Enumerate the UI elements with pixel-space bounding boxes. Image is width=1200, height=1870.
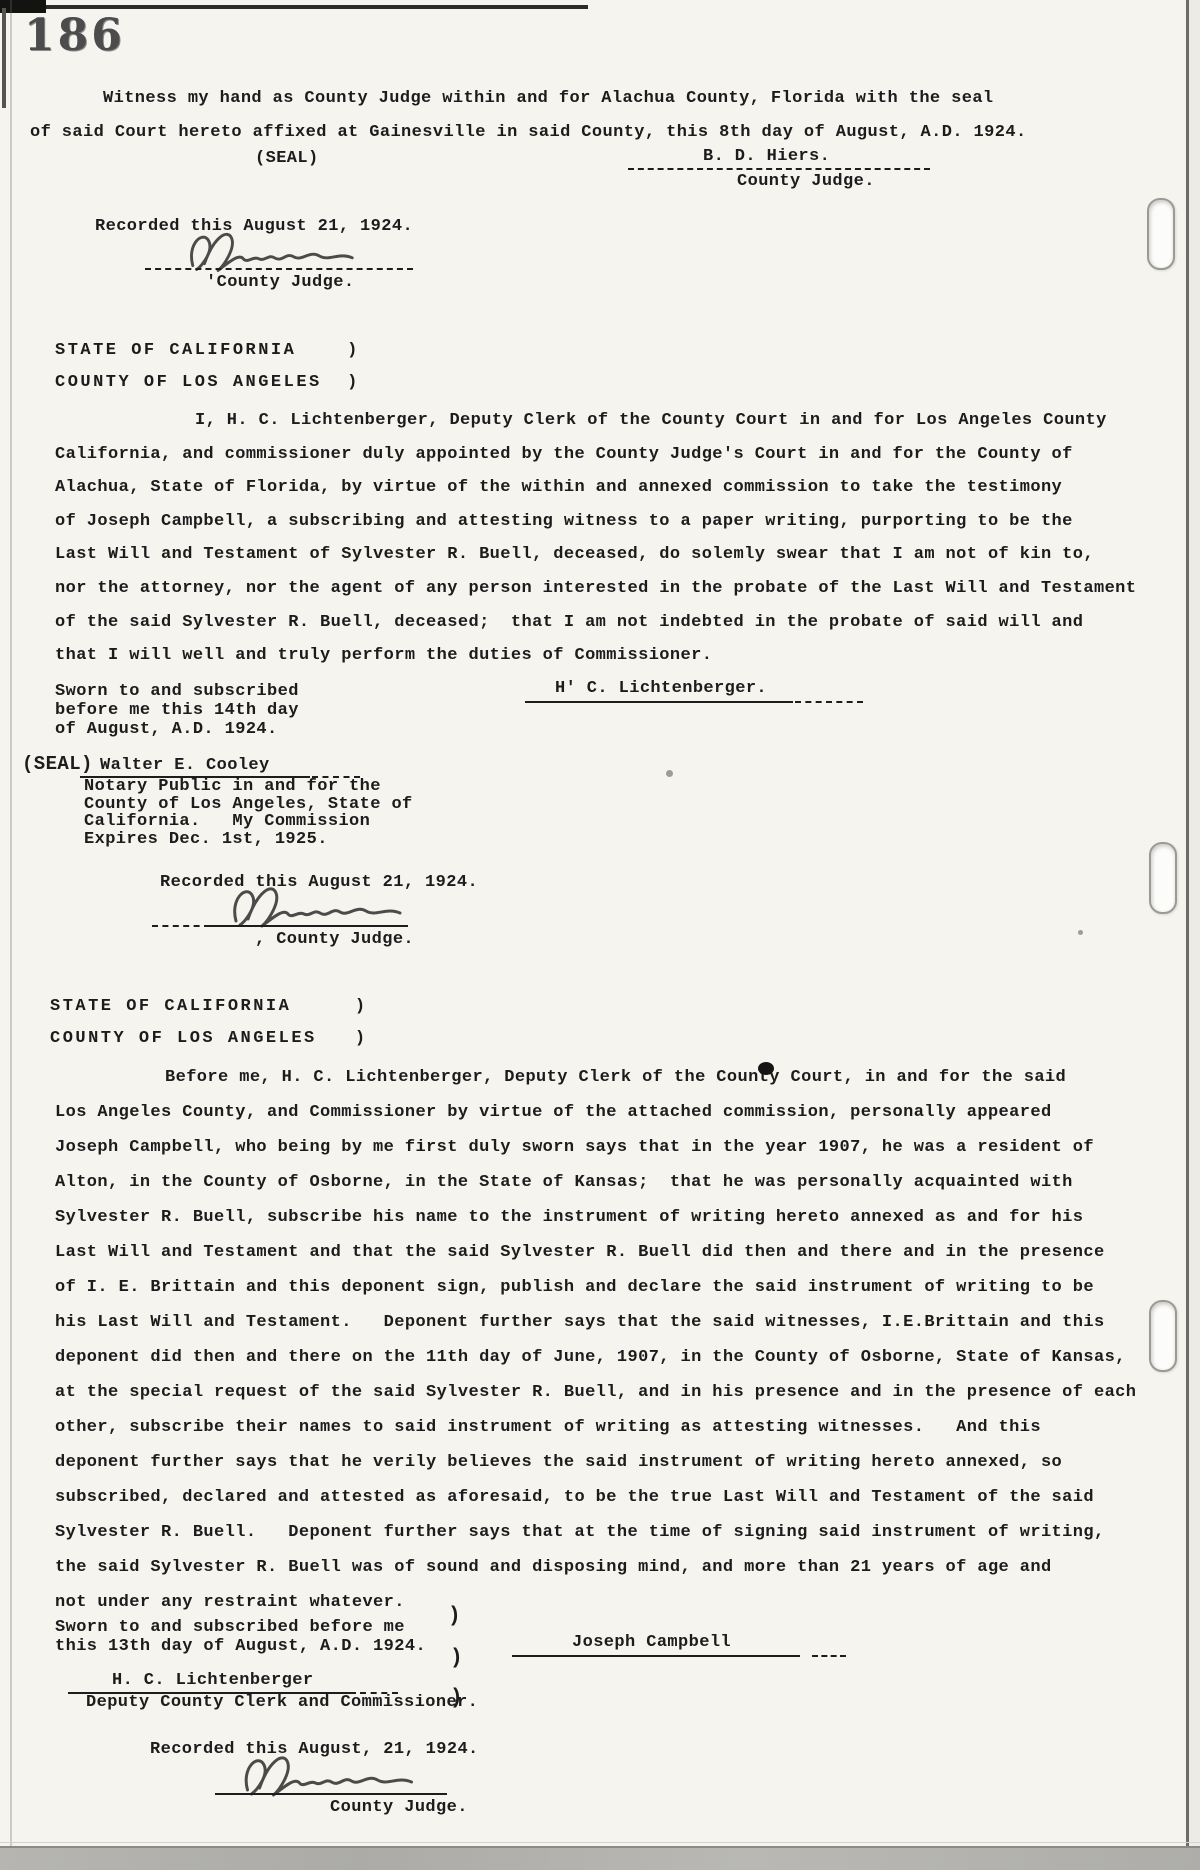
text-line: Before me, H. C. Lichtenberger, Deputy C…	[55, 1060, 1180, 1095]
scan-margin	[1189, 0, 1200, 1870]
scan-bottom-edge	[0, 1846, 1200, 1870]
text-line: California, and commissioner duly appoin…	[55, 438, 1180, 472]
text-line: his Last Will and Testament. Deponent fu…	[55, 1305, 1180, 1340]
text-line: this 13th day of August, A.D. 1924.	[55, 1637, 475, 1656]
text-line: the said Sylvester R. Buell was of sound…	[55, 1550, 1180, 1585]
text-line: of August, A.D. 1924.	[55, 720, 385, 739]
text-line: nor the attorney, nor the agent of any p…	[55, 572, 1180, 606]
recorded-title: , County Judge.	[255, 929, 414, 950]
text-line: Sylvester R. Buell. Deponent further say…	[55, 1515, 1180, 1550]
scan-left-edge-mark	[2, 8, 6, 108]
signature-line-dashes	[795, 701, 863, 703]
text-line: at the special request of the said Sylve…	[55, 1375, 1180, 1410]
text-line: Expires Dec. 1st, 1925.	[84, 831, 504, 849]
binder-hole	[1149, 1300, 1177, 1372]
text-line: Los Angeles County, and Commissioner by …	[55, 1095, 1180, 1130]
text-line: County of Los Angeles, State of	[84, 796, 504, 814]
signature-line-dashes	[152, 925, 210, 927]
text-line: deponent did then and there on the 11th …	[55, 1340, 1180, 1375]
signature-line	[145, 268, 413, 270]
binder-hole	[1147, 198, 1175, 270]
scan-top-edge	[0, 5, 588, 9]
recorded-title: 'County Judge.	[206, 272, 354, 293]
signature-line	[215, 1793, 447, 1795]
signature-line-dashes	[812, 1655, 846, 1657]
paper-sheet: 186 Witness my hand as County Judge with…	[0, 0, 1188, 1870]
officer-signature: H. C. Lichtenberger	[112, 1670, 313, 1691]
ink-blot	[758, 1062, 774, 1075]
affidavit-paragraph: I, H. C. Lichtenberger, Deputy Clerk of …	[55, 404, 1180, 673]
text-line: Sworn to and subscribed	[55, 682, 385, 701]
text-line: Notary Public in and for the	[84, 778, 504, 796]
text-line: of said Court hereto affixed at Gainesvi…	[30, 116, 1150, 150]
handwritten-signature-icon	[228, 881, 408, 931]
text-line: Witness my hand as County Judge within a…	[30, 82, 1150, 116]
venue-state: STATE OF CALIFORNIA )	[55, 340, 360, 361]
text-line: before me this 14th day	[55, 701, 385, 720]
venue-state: STATE OF CALIFORNIA )	[50, 996, 368, 1017]
text-line: Last Will and Testament of Sylvester R. …	[55, 538, 1180, 572]
text-line: that I will well and truly perform the d…	[55, 639, 1180, 673]
signature-line	[628, 168, 930, 170]
judge-signature-name: B. D. Hiers.	[703, 146, 830, 167]
text-line: California. My Commission	[84, 813, 504, 831]
commissioner-signature: H' C. Lichtenberger.	[555, 678, 767, 699]
bracket-paren: )	[448, 1606, 461, 1627]
witness-signature: Joseph Campbell	[572, 1632, 731, 1653]
scan-speck	[1078, 930, 1083, 935]
text-line: of the said Sylvester R. Buell, deceased…	[55, 606, 1180, 640]
sworn-block: Sworn to and subscribedbefore me this 14…	[55, 682, 385, 739]
scan-speck	[666, 770, 673, 777]
text-line: I, H. C. Lichtenberger, Deputy Clerk of …	[55, 404, 1180, 438]
judge-signature-title: County Judge.	[737, 171, 875, 192]
paper-crease	[10, 0, 12, 1870]
seal-label: (SEAL)	[255, 148, 319, 169]
sworn-block: Sworn to and subscribed before methis 13…	[55, 1618, 475, 1656]
recorded-title: County Judge.	[330, 1797, 468, 1818]
bracket-paren: )	[450, 1648, 463, 1669]
venue-county: COUNTY OF LOS ANGELES )	[50, 1028, 368, 1049]
officer-title: Deputy County Clerk and Commissioner.	[86, 1692, 478, 1713]
signature-line	[525, 701, 793, 703]
page-number: 186	[24, 10, 125, 61]
text-line: Joseph Campbell, who being by me first d…	[55, 1130, 1180, 1165]
text-line: Last Will and Testament and that the sai…	[55, 1235, 1180, 1270]
signature-line	[512, 1655, 800, 1657]
text-line: not under any restraint whatever.	[55, 1585, 1180, 1620]
affidavit-paragraph: Before me, H. C. Lichtenberger, Deputy C…	[55, 1060, 1180, 1620]
witness-paragraph: Witness my hand as County Judge within a…	[30, 82, 1150, 149]
notary-name: Walter E. Cooley	[100, 755, 270, 776]
text-line: subscribed, declared and attested as afo…	[55, 1480, 1180, 1515]
text-line: deponent further says that he verily bel…	[55, 1445, 1180, 1480]
text-line: Alachua, State of Florida, by virtue of …	[55, 471, 1180, 505]
binder-hole	[1149, 842, 1177, 914]
text-line: of I. E. Brittain and this deponent sign…	[55, 1270, 1180, 1305]
text-line: of Joseph Campbell, a subscribing and at…	[55, 505, 1180, 539]
text-line: other, subscribe their names to said ins…	[55, 1410, 1180, 1445]
text-line: Alton, in the County of Osborne, in the …	[55, 1165, 1180, 1200]
venue-county: COUNTY OF LOS ANGELES )	[55, 372, 360, 393]
scanned-document-page: 186 Witness my hand as County Judge with…	[0, 0, 1200, 1870]
signature-line	[210, 925, 408, 927]
notary-seal-label: (SEAL)	[22, 754, 93, 775]
scan-bottom-line	[0, 1842, 1200, 1843]
text-line: Sworn to and subscribed before me	[55, 1618, 475, 1637]
notary-details: Notary Public in and for theCounty of Lo…	[84, 778, 504, 848]
text-line: Sylvester R. Buell, subscribe his name t…	[55, 1200, 1180, 1235]
